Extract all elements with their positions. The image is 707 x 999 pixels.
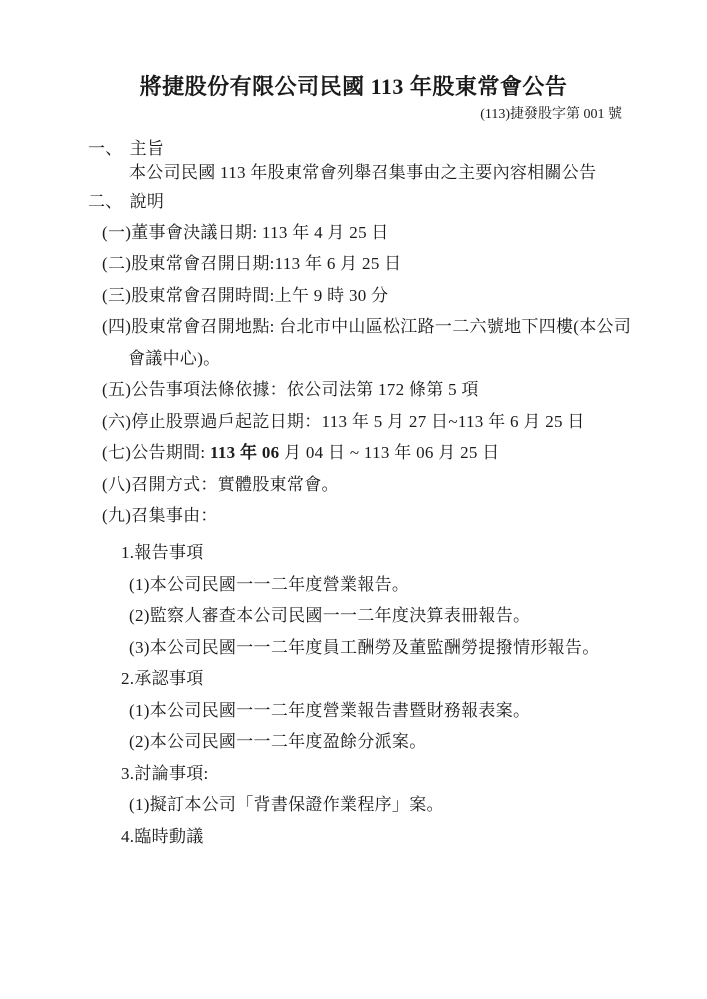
board-resolution-date: (一)董事會決議日期: 113 年 4 月 25 日 xyxy=(102,223,389,243)
announcement-period-prefix: (七)公告期間: xyxy=(102,443,210,462)
section-2-heading-line: 二、說明 xyxy=(88,192,164,212)
discussion-item-1: (1)擬訂本公司「背書保證作業程序」案。 xyxy=(129,795,444,815)
announcement-period-bold-date: 113 年 06 xyxy=(210,443,279,462)
legal-basis: (五)公告事項法條依據：依公司法第 172 條第 5 項 xyxy=(102,380,479,400)
ratification-matters-heading: 2.承認事項 xyxy=(121,669,204,689)
report-matters-heading: 1.報告事項 xyxy=(121,543,204,563)
section-1-label: 一、 xyxy=(88,139,123,159)
transfer-suspension-period: (六)停止股票過戶起訖日期：113 年 5 月 27 日~113 年 6 月 2… xyxy=(102,412,585,432)
extempore-motions-heading: 4.臨時動議 xyxy=(121,827,204,847)
announcement-document-page: 將捷股份有限公司民國 113 年股東常會公告 (113)捷發股字第 001 號 … xyxy=(0,0,707,999)
announcement-period: (七)公告期間: 113 年 06 月 04 日 ~ 113 年 06 月 25… xyxy=(102,443,500,463)
document-reference-number: (113)捷發股字第 001 號 xyxy=(0,103,622,123)
document-title: 將捷股份有限公司民國 113 年股東常會公告 xyxy=(0,70,707,101)
section-1-heading-line: 一、主旨 xyxy=(88,139,164,159)
ratification-item-2: (2)本公司民國一一二年度盈餘分派案。 xyxy=(129,732,427,752)
report-item-1: (1)本公司民國一一二年度營業報告。 xyxy=(129,575,409,595)
meeting-time: (三)股東常會召開時間:上午 9 時 30 分 xyxy=(102,286,388,306)
section-2-heading: 說明 xyxy=(130,192,165,211)
agenda-intro: (九)召集事由： xyxy=(102,506,218,526)
meeting-location-line-1: (四)股東常會召開地點: 台北市中山區松江路一二六號地下四樓(本公司 xyxy=(102,317,631,337)
discussion-matters-heading: 3.討論事項: xyxy=(121,764,209,784)
section-1-heading: 主旨 xyxy=(130,139,165,158)
report-item-2: (2)監察人審查本公司民國一一二年度決算表冊報告。 xyxy=(129,606,530,626)
meeting-format: (八)召開方式：實體股東常會。 xyxy=(102,475,339,495)
meeting-location-line-2: 會議中心)。 xyxy=(128,349,220,369)
report-item-3: (3)本公司民國一一二年度員工酬勞及董監酬勞提撥情形報告。 xyxy=(129,638,600,658)
meeting-date: (二)股東常會召開日期:113 年 6 月 25 日 xyxy=(102,254,401,274)
subject-body: 本公司民國 113 年股東常會列舉召集事由之主要內容相關公告 xyxy=(129,163,596,183)
section-2-label: 二、 xyxy=(88,192,123,212)
ratification-item-1: (1)本公司民國一一二年度營業報告書暨財務報表案。 xyxy=(129,701,530,721)
announcement-period-suffix: 月 04 日 ~ 113 年 06 月 25 日 xyxy=(279,443,499,462)
